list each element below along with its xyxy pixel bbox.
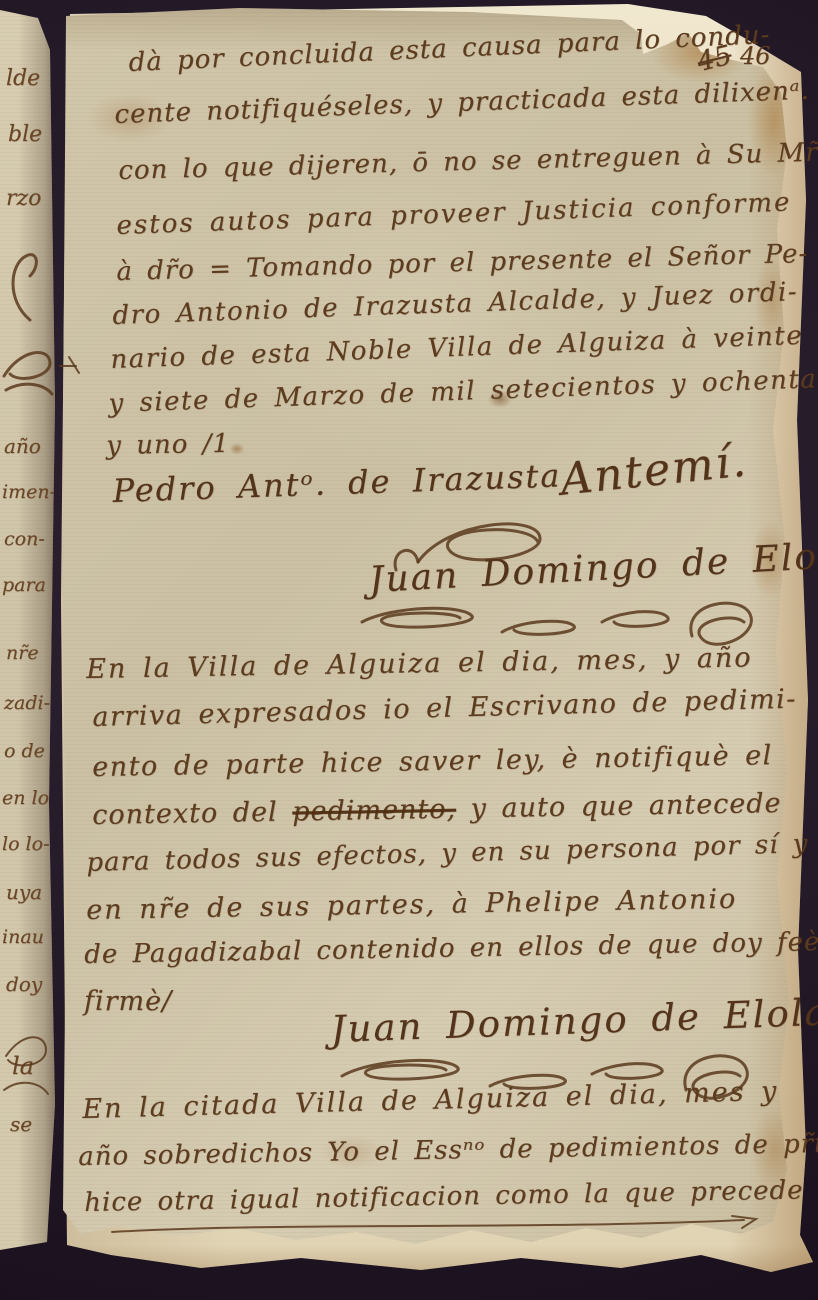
page-line: y uno /1 xyxy=(106,429,230,461)
left-fragment: lde xyxy=(6,66,40,91)
left-fragment: lo lo- xyxy=(2,833,50,855)
line-segment: contexto del xyxy=(92,797,293,831)
ink-flourish xyxy=(0,250,44,326)
left-fragment: se xyxy=(10,1112,32,1136)
left-fragment: imen- xyxy=(2,481,56,503)
left-fragment: doy xyxy=(6,972,42,996)
left-fragment: en lo xyxy=(2,787,49,809)
left-facing-page-edge: lde ble rzo año imen- con- para nr̃e zad… xyxy=(0,4,58,1256)
manuscript-photo: { "photo": { "background_color": "#241a2… xyxy=(0,0,818,1300)
ink-flourish xyxy=(0,1026,52,1108)
left-fragment: inau xyxy=(2,926,44,948)
left-fragment: o de xyxy=(4,740,45,762)
left-fragment: ble xyxy=(8,122,42,147)
left-fragment: para xyxy=(2,574,46,596)
left-fragment: rzo xyxy=(6,186,41,211)
left-fragment: zadi- xyxy=(4,692,50,714)
left-fragment: nr̃e xyxy=(6,642,39,664)
page-line: firmè/ xyxy=(84,986,172,1017)
closing-rule-flourish xyxy=(108,1214,770,1240)
ink-flourish xyxy=(0,340,56,404)
left-fragment: uya xyxy=(6,880,42,904)
struck-word: pedimento, xyxy=(292,794,456,828)
margin-mark xyxy=(58,352,84,378)
left-fragment: con- xyxy=(4,528,45,550)
line-segment: y auto que antecede xyxy=(456,788,782,825)
left-fragment: año xyxy=(4,434,41,458)
